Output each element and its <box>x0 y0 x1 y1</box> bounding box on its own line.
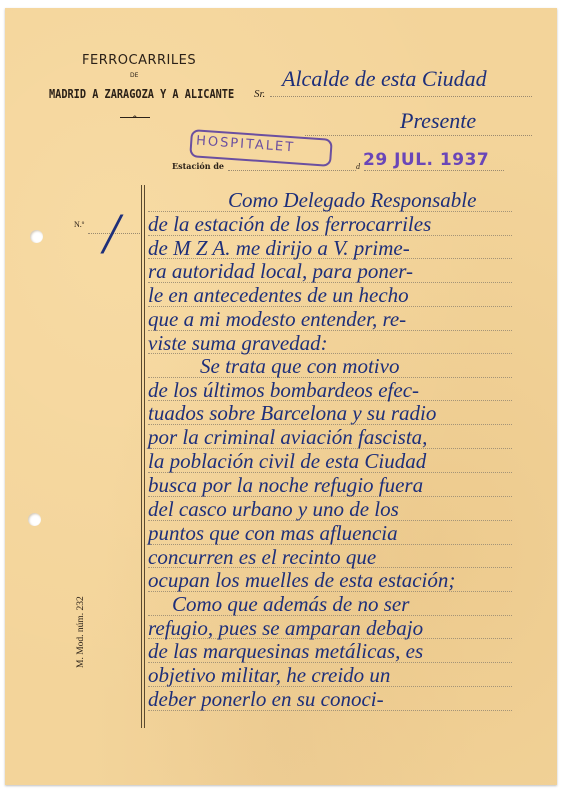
body-line: de la estación de los ferrocarriles <box>148 212 431 237</box>
body-line: viste suma gravedad: <box>148 331 328 356</box>
emblem-icon: ^ <box>131 115 139 125</box>
date-line <box>364 170 504 171</box>
station-line <box>228 170 356 171</box>
body-line: Como Delegado Responsable <box>228 188 476 213</box>
body-line: del casco urbano y uno de los <box>148 497 399 522</box>
date-stamp: 29 JUL. 1937 <box>363 150 489 170</box>
addressee-line-2 <box>305 135 532 136</box>
body-line: Como que además de no ser <box>172 592 409 617</box>
number-value: / <box>103 200 119 267</box>
body-line: refugio, pues se amparan debajo <box>148 616 423 641</box>
body-line: de M Z A. me dirijo a V. prime- <box>148 236 410 261</box>
body-line: de los últimos bombardeos efec- <box>148 378 419 403</box>
body-line: tuados sobre Barcelona y su radio <box>148 401 436 426</box>
station-label: Estación de <box>172 161 224 171</box>
body-line: que a mi modesto entender, re- <box>148 307 406 332</box>
number-label: N.º <box>74 220 84 229</box>
body-line: deber ponerlo en su conoci- <box>148 687 384 712</box>
punch-hole-bottom <box>28 513 41 526</box>
salutation-label: Sr. <box>254 88 265 100</box>
punch-hole-top <box>30 230 43 243</box>
body-line: busca por la noche refugio fuera <box>148 473 423 498</box>
letterhead-route: MADRID A ZARAGOZA Y A ALICANTE <box>49 86 234 101</box>
body-line: le en antecedentes de un hecho <box>148 283 409 308</box>
body-line: Se trata que con motivo <box>200 354 399 379</box>
body-line: puntos que con mas afluencia <box>148 521 398 546</box>
letterhead-company: FERROCARRILES <box>82 53 196 68</box>
body-line: por la criminal aviación fascista, <box>148 425 427 450</box>
form-code: M. Mod. núm. 232 <box>76 596 86 668</box>
addressee-line-1 <box>270 96 532 97</box>
body-line: de las marquesinas metálicas, es <box>148 639 423 664</box>
body-line: ocupan los muelles de esta estación; <box>148 568 455 593</box>
addressee-presente: Presente <box>400 108 476 134</box>
body-line: la población civil de esta Ciudad <box>148 449 426 474</box>
letterhead-de: DE <box>130 72 138 79</box>
margin-line-left <box>141 185 142 728</box>
date-prefix: d <box>356 162 360 171</box>
body-line: objetivo militar, he creido un <box>148 663 390 688</box>
body-line: ra autoridad local, para poner- <box>148 259 413 284</box>
margin-line-right <box>144 185 145 728</box>
addressee-recipient: Alcalde de esta Ciudad <box>282 66 487 92</box>
body-line: concurren es el recinto que <box>148 545 376 570</box>
